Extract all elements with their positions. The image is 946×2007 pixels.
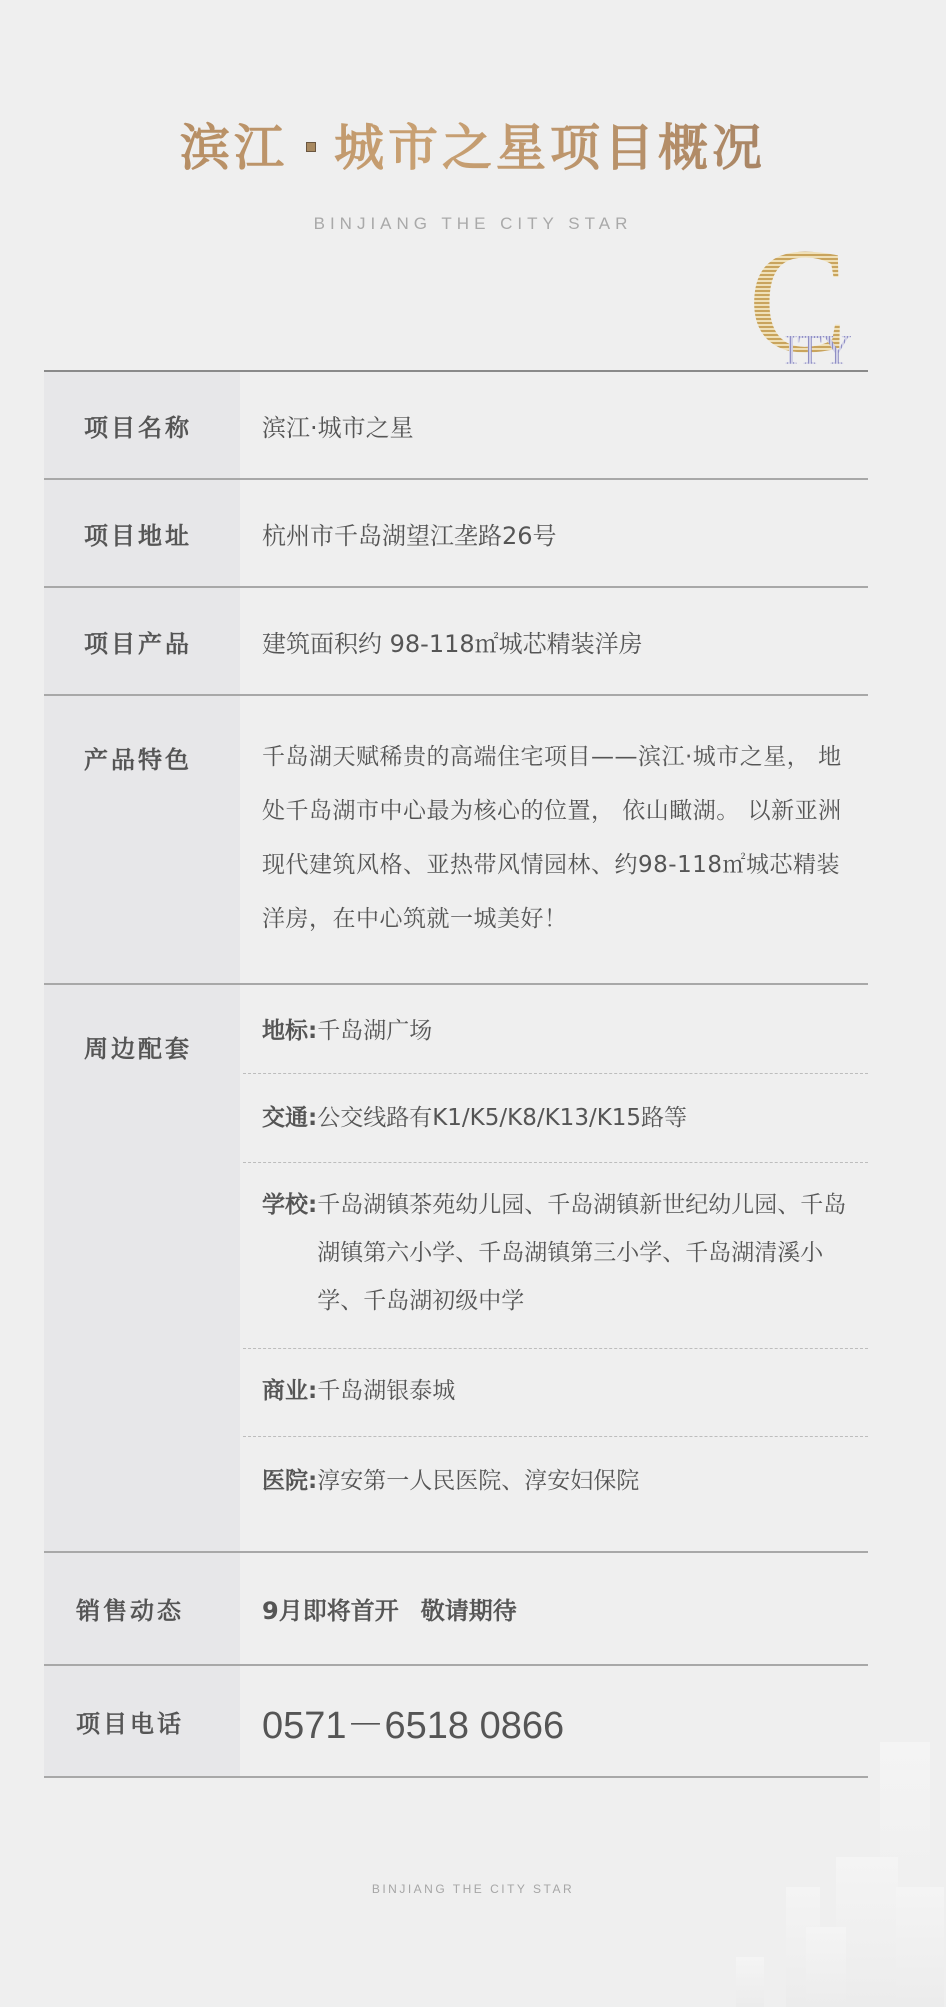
title-separator-dot <box>306 142 316 152</box>
title-part-2: 城市之星项目概况 <box>334 119 766 177</box>
row-sales-status: 销售动态 9月即将首开敬请期待 <box>44 1553 868 1666</box>
label-project-phone: 项目电话 <box>44 1666 240 1776</box>
label-surrounding-amenities: 周边配套 <box>44 985 240 1551</box>
city-logo-decoration: C ITY <box>748 238 872 372</box>
amenity-value: 千岛湖银泰城 <box>317 1367 868 1436</box>
label-project-name: 项目名称 <box>44 372 240 478</box>
amenities-list: 地标: 千岛湖广场 交通: 公交线路有K1/K5/K8/K13/K15路等 学校… <box>240 985 868 1551</box>
label-product-features: 产品特色 <box>44 696 240 983</box>
amenity-value: 千岛湖广场 <box>317 1007 868 1073</box>
city-logo-letters-ity: ITY <box>784 330 851 372</box>
amenity-key: 医院: <box>262 1457 317 1551</box>
amenity-value: 淳安第一人民医院、淳安妇保院 <box>317 1457 868 1551</box>
project-overview-table: 项目名称 滨江·城市之星 项目地址 杭州市千岛湖望江垄路26号 项目产品 建筑面… <box>44 370 868 1778</box>
amenity-commerce: 商业: 千岛湖银泰城 <box>243 1349 868 1437</box>
row-product-features: 产品特色 千岛湖天赋稀贵的高端住宅项目——滨江·城市之星， 地处千岛湖市中心最为… <box>44 696 868 985</box>
value-project-address: 杭州市千岛湖望江垄路26号 <box>240 480 868 586</box>
amenity-hospitals: 医院: 淳安第一人民医院、淳安妇保院 <box>243 1437 868 1551</box>
title-part-1: 滨江 <box>180 119 288 177</box>
amenity-value: 公交线路有K1/K5/K8/K13/K15路等 <box>317 1094 868 1162</box>
row-surrounding-amenities: 周边配套 地标: 千岛湖广场 交通: 公交线路有K1/K5/K8/K13/K15… <box>44 985 868 1553</box>
row-project-name: 项目名称 滨江·城市之星 <box>44 372 868 480</box>
row-project-address: 项目地址 杭州市千岛湖望江垄路26号 <box>44 480 868 588</box>
row-project-product: 项目产品 建筑面积约 98-118㎡城芯精装洋房 <box>44 588 868 696</box>
amenity-schools: 学校: 千岛湖镇茶苑幼儿园、千岛湖镇新世纪幼儿园、千岛湖镇第六小学、千岛湖镇第三… <box>243 1163 868 1349</box>
amenity-transport: 交通: 公交线路有K1/K5/K8/K13/K15路等 <box>243 1074 868 1163</box>
sales-status-note: 敬请期待 <box>421 1591 517 1626</box>
label-sales-status: 销售动态 <box>44 1553 240 1664</box>
sales-status-opening: 9月即将首开 <box>262 1591 399 1626</box>
skyline-decoration <box>666 1727 946 2007</box>
amenity-landmark: 地标: 千岛湖广场 <box>243 985 868 1074</box>
value-project-name: 滨江·城市之星 <box>240 372 868 478</box>
label-project-address: 项目地址 <box>44 480 240 586</box>
amenity-key: 交通: <box>262 1094 317 1162</box>
value-project-product: 建筑面积约 98-118㎡城芯精装洋房 <box>240 588 868 694</box>
label-project-product: 项目产品 <box>44 588 240 694</box>
amenity-key: 学校: <box>262 1181 317 1348</box>
amenity-key: 商业: <box>262 1367 317 1436</box>
page-title: 滨江城市之星项目概况 <box>0 116 946 180</box>
amenity-key: 地标: <box>262 1007 317 1073</box>
amenity-value: 千岛湖镇茶苑幼儿园、千岛湖镇新世纪幼儿园、千岛湖镇第六小学、千岛湖镇第三小学、千… <box>317 1181 868 1348</box>
value-sales-status: 9月即将首开敬请期待 <box>240 1553 868 1664</box>
value-product-features: 千岛湖天赋稀贵的高端住宅项目——滨江·城市之星， 地处千岛湖市中心最为核心的位置… <box>240 696 868 983</box>
